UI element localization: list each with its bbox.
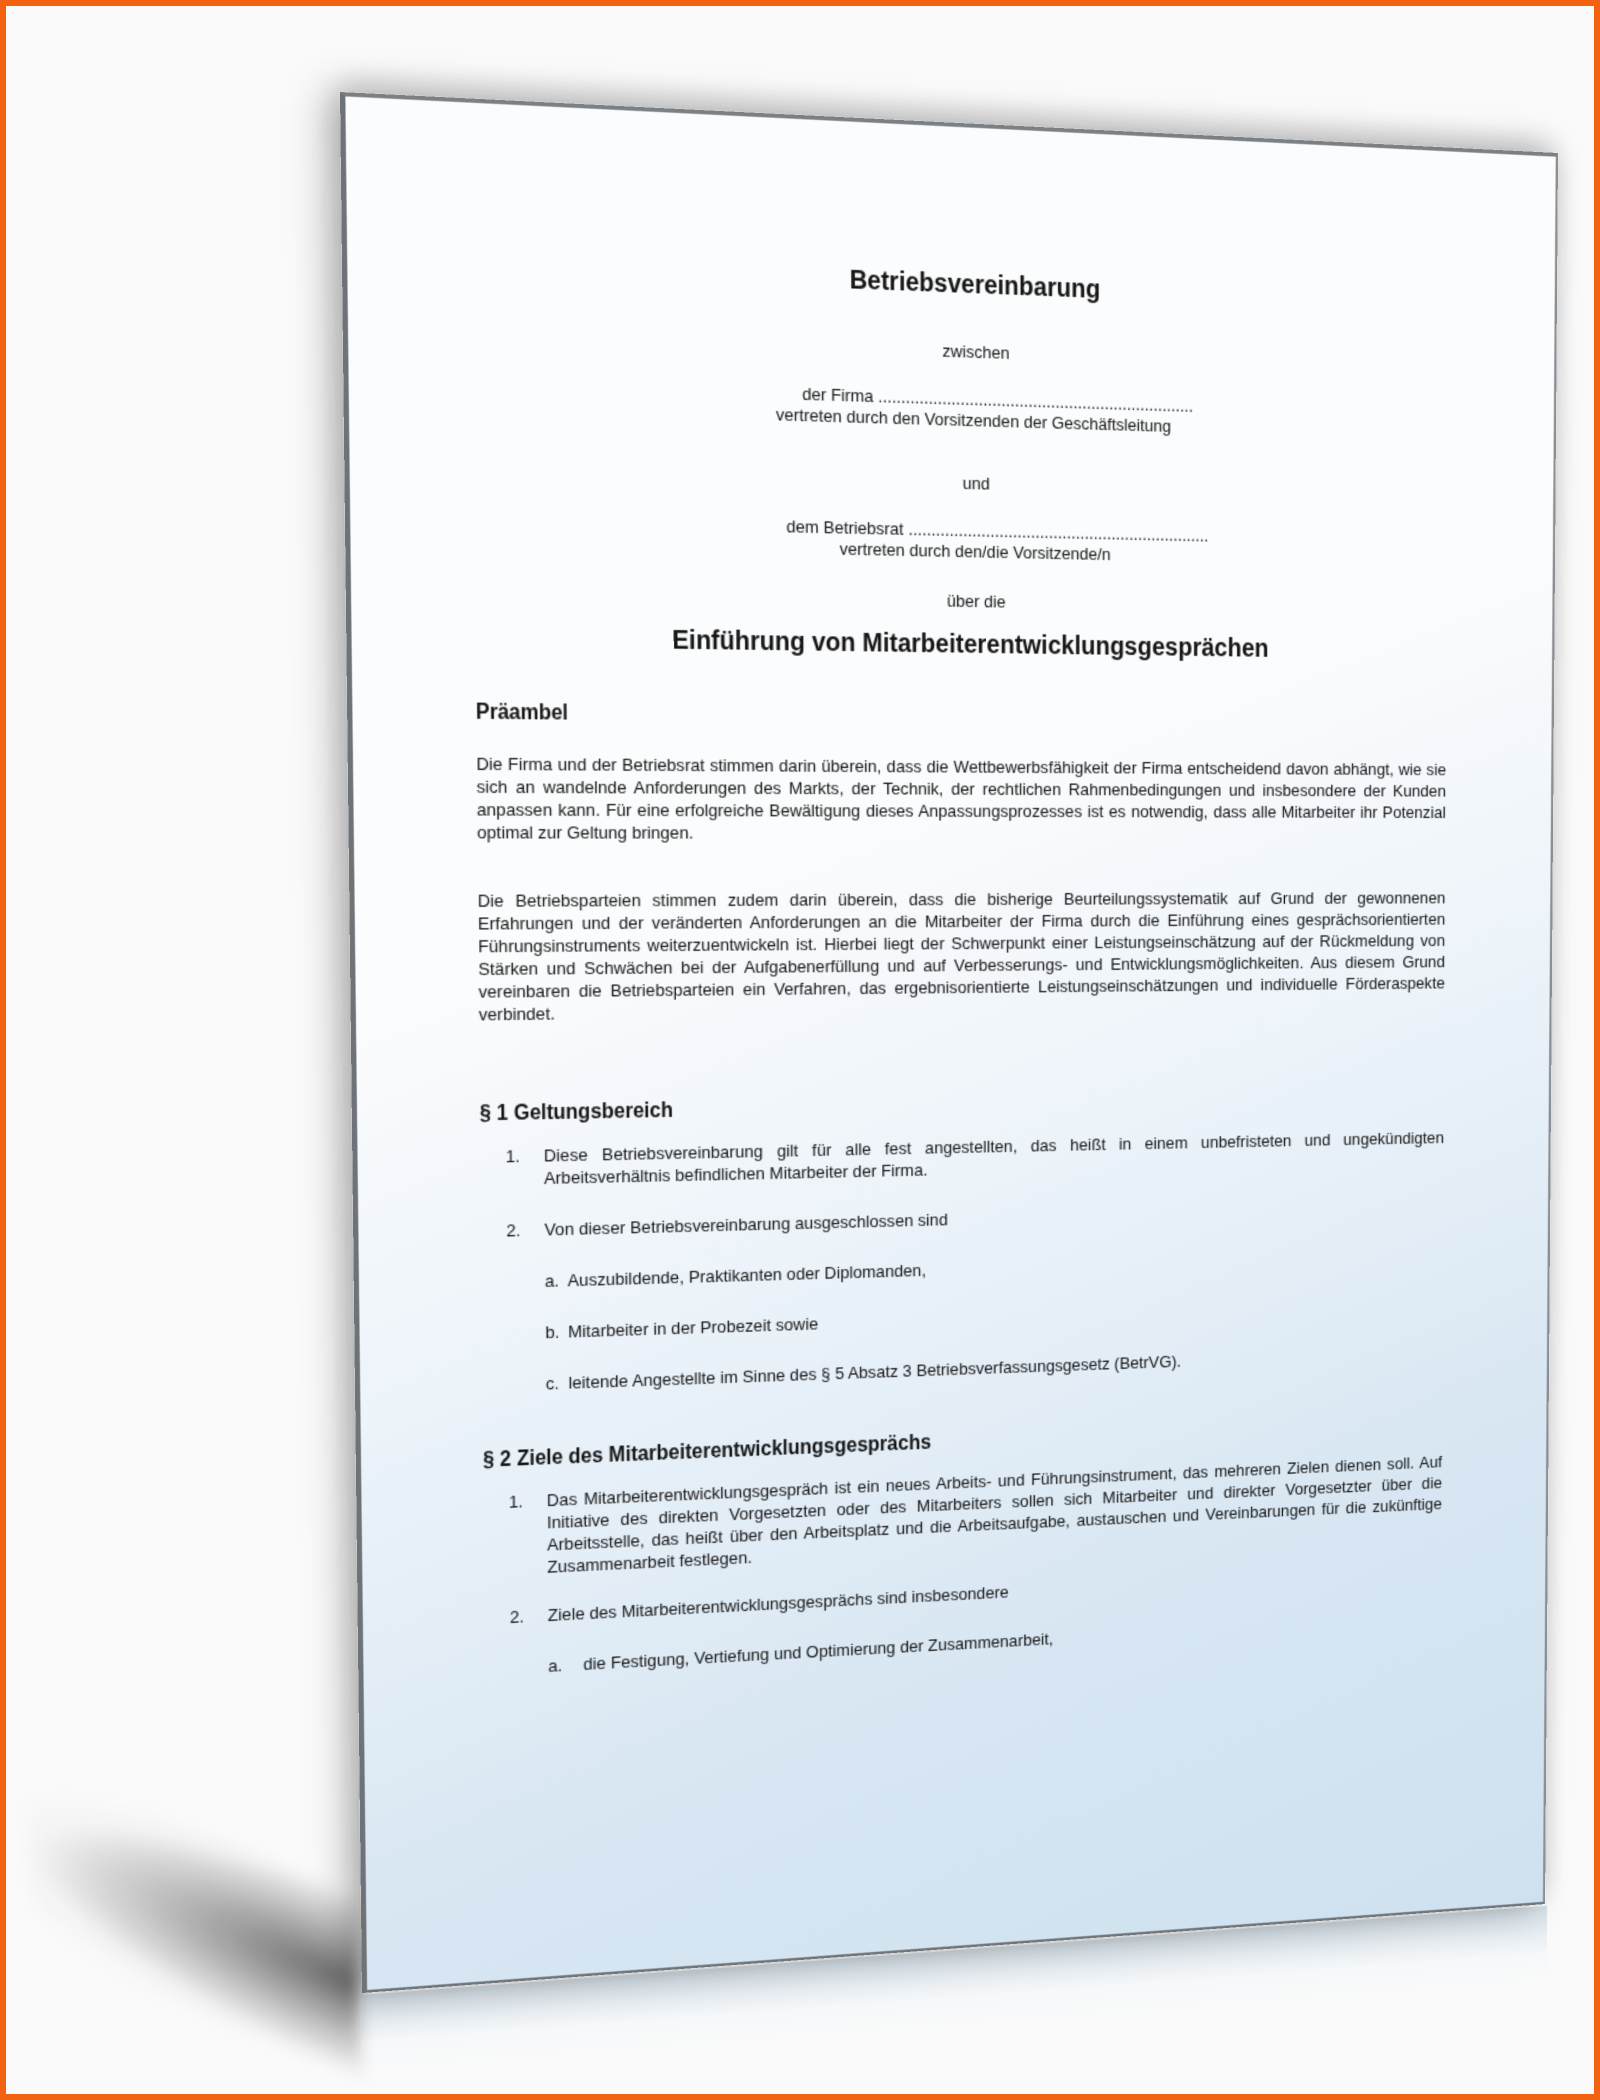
document-title: Betriebsvereinbarung [347,246,1555,323]
page-floor-shadow [30,1763,360,2076]
list-item-number: 2. [510,1605,525,1628]
document-page: Betriebsvereinbarung zwischen der Firma … [340,92,1558,1993]
list-item-number: 1. [509,1490,524,1513]
sub-item-text: leitende Angestellte im Sinne des § 5 Ab… [568,1352,1181,1393]
subject-title: Einführung von Mitarbeiterentwicklungsge… [351,621,1552,668]
section-1-heading-text: § 1 Geltungsbereich [480,1087,1445,1127]
section-1-heading: § 1 Geltungsbereich [480,1087,1445,1127]
sub-item: c.leitende Angestellte im Sinne des § 5 … [482,1341,1443,1397]
sub-item-text: Auszubildende, Praktikanten oder Diploma… [568,1260,927,1290]
list-item-text: Das Mitarbeiterentwicklungsgespräch ist … [547,1452,1443,1576]
preamble-paragraph-1: Die Firma und der Betriebsrat stimmen da… [476,752,1446,844]
sub-item-letter: c. [546,1372,561,1395]
list-item-number: 2. [506,1219,521,1242]
section-1-list: 1. Diese Betriebsvereinbarung gilt für a… [480,1127,1444,1397]
document-content: Betriebsvereinbarung zwischen der Firma … [345,96,1555,156]
between-label: zwischen [348,320,1554,381]
sub-item-text: Mitarbeiter in der Probezeit sowie [568,1314,818,1342]
sub-item-letter: a. [548,1653,576,1677]
list-item-text: Ziele des Mitarbeiterentwicklungsgespräc… [548,1582,1009,1625]
sub-item-text: die Festigung, Vertiefung und Optimierun… [583,1629,1053,1674]
party-council-label: dem Betriebsrat [786,516,903,538]
list-item-text: Von dieser Betriebsvereinbarung ausgesch… [544,1210,948,1240]
about-text: über die [351,580,1553,620]
preamble-heading: Präambel [476,701,1447,733]
sub-item: a.Auszubildende, Praktikanten oder Diplo… [481,1245,1443,1294]
preamble-paragraph-2-text: Die Betriebsparteien stimmen zudem darin… [478,887,1446,1026]
list-item-number: 1. [506,1145,521,1168]
list-item: 1. Das Mitarbeiterentwicklungsgespräch i… [483,1451,1442,1581]
and-label: und [349,457,1553,507]
sub-item-letter: b. [545,1321,560,1344]
party-company-label: der Firma [802,384,873,406]
party-company: der Firma ..............................… [348,369,1553,448]
party-council: dem Betriebsrat ........................… [350,506,1553,574]
preamble-paragraph-2: Die Betriebsparteien stimmen zudem darin… [478,887,1446,1026]
list-item: 1. Diese Betriebsvereinbarung gilt für a… [480,1127,1444,1191]
preamble-heading-text: Präambel [476,701,1447,733]
section-2-list: 1. Das Mitarbeiterentwicklungsgespräch i… [483,1451,1442,1680]
list-item-text: Diese Betriebsvereinbarung gilt für alle… [544,1128,1444,1188]
preamble-paragraph-1-text: Die Firma und der Betriebsrat stimmen da… [476,752,1446,844]
sub-item-letter: a. [545,1269,560,1292]
list-item: 2. Von dieser Betriebsvereinbarung ausge… [481,1196,1444,1242]
sub-item: b.Mitarbeiter in der Probezeit sowie [482,1293,1443,1346]
